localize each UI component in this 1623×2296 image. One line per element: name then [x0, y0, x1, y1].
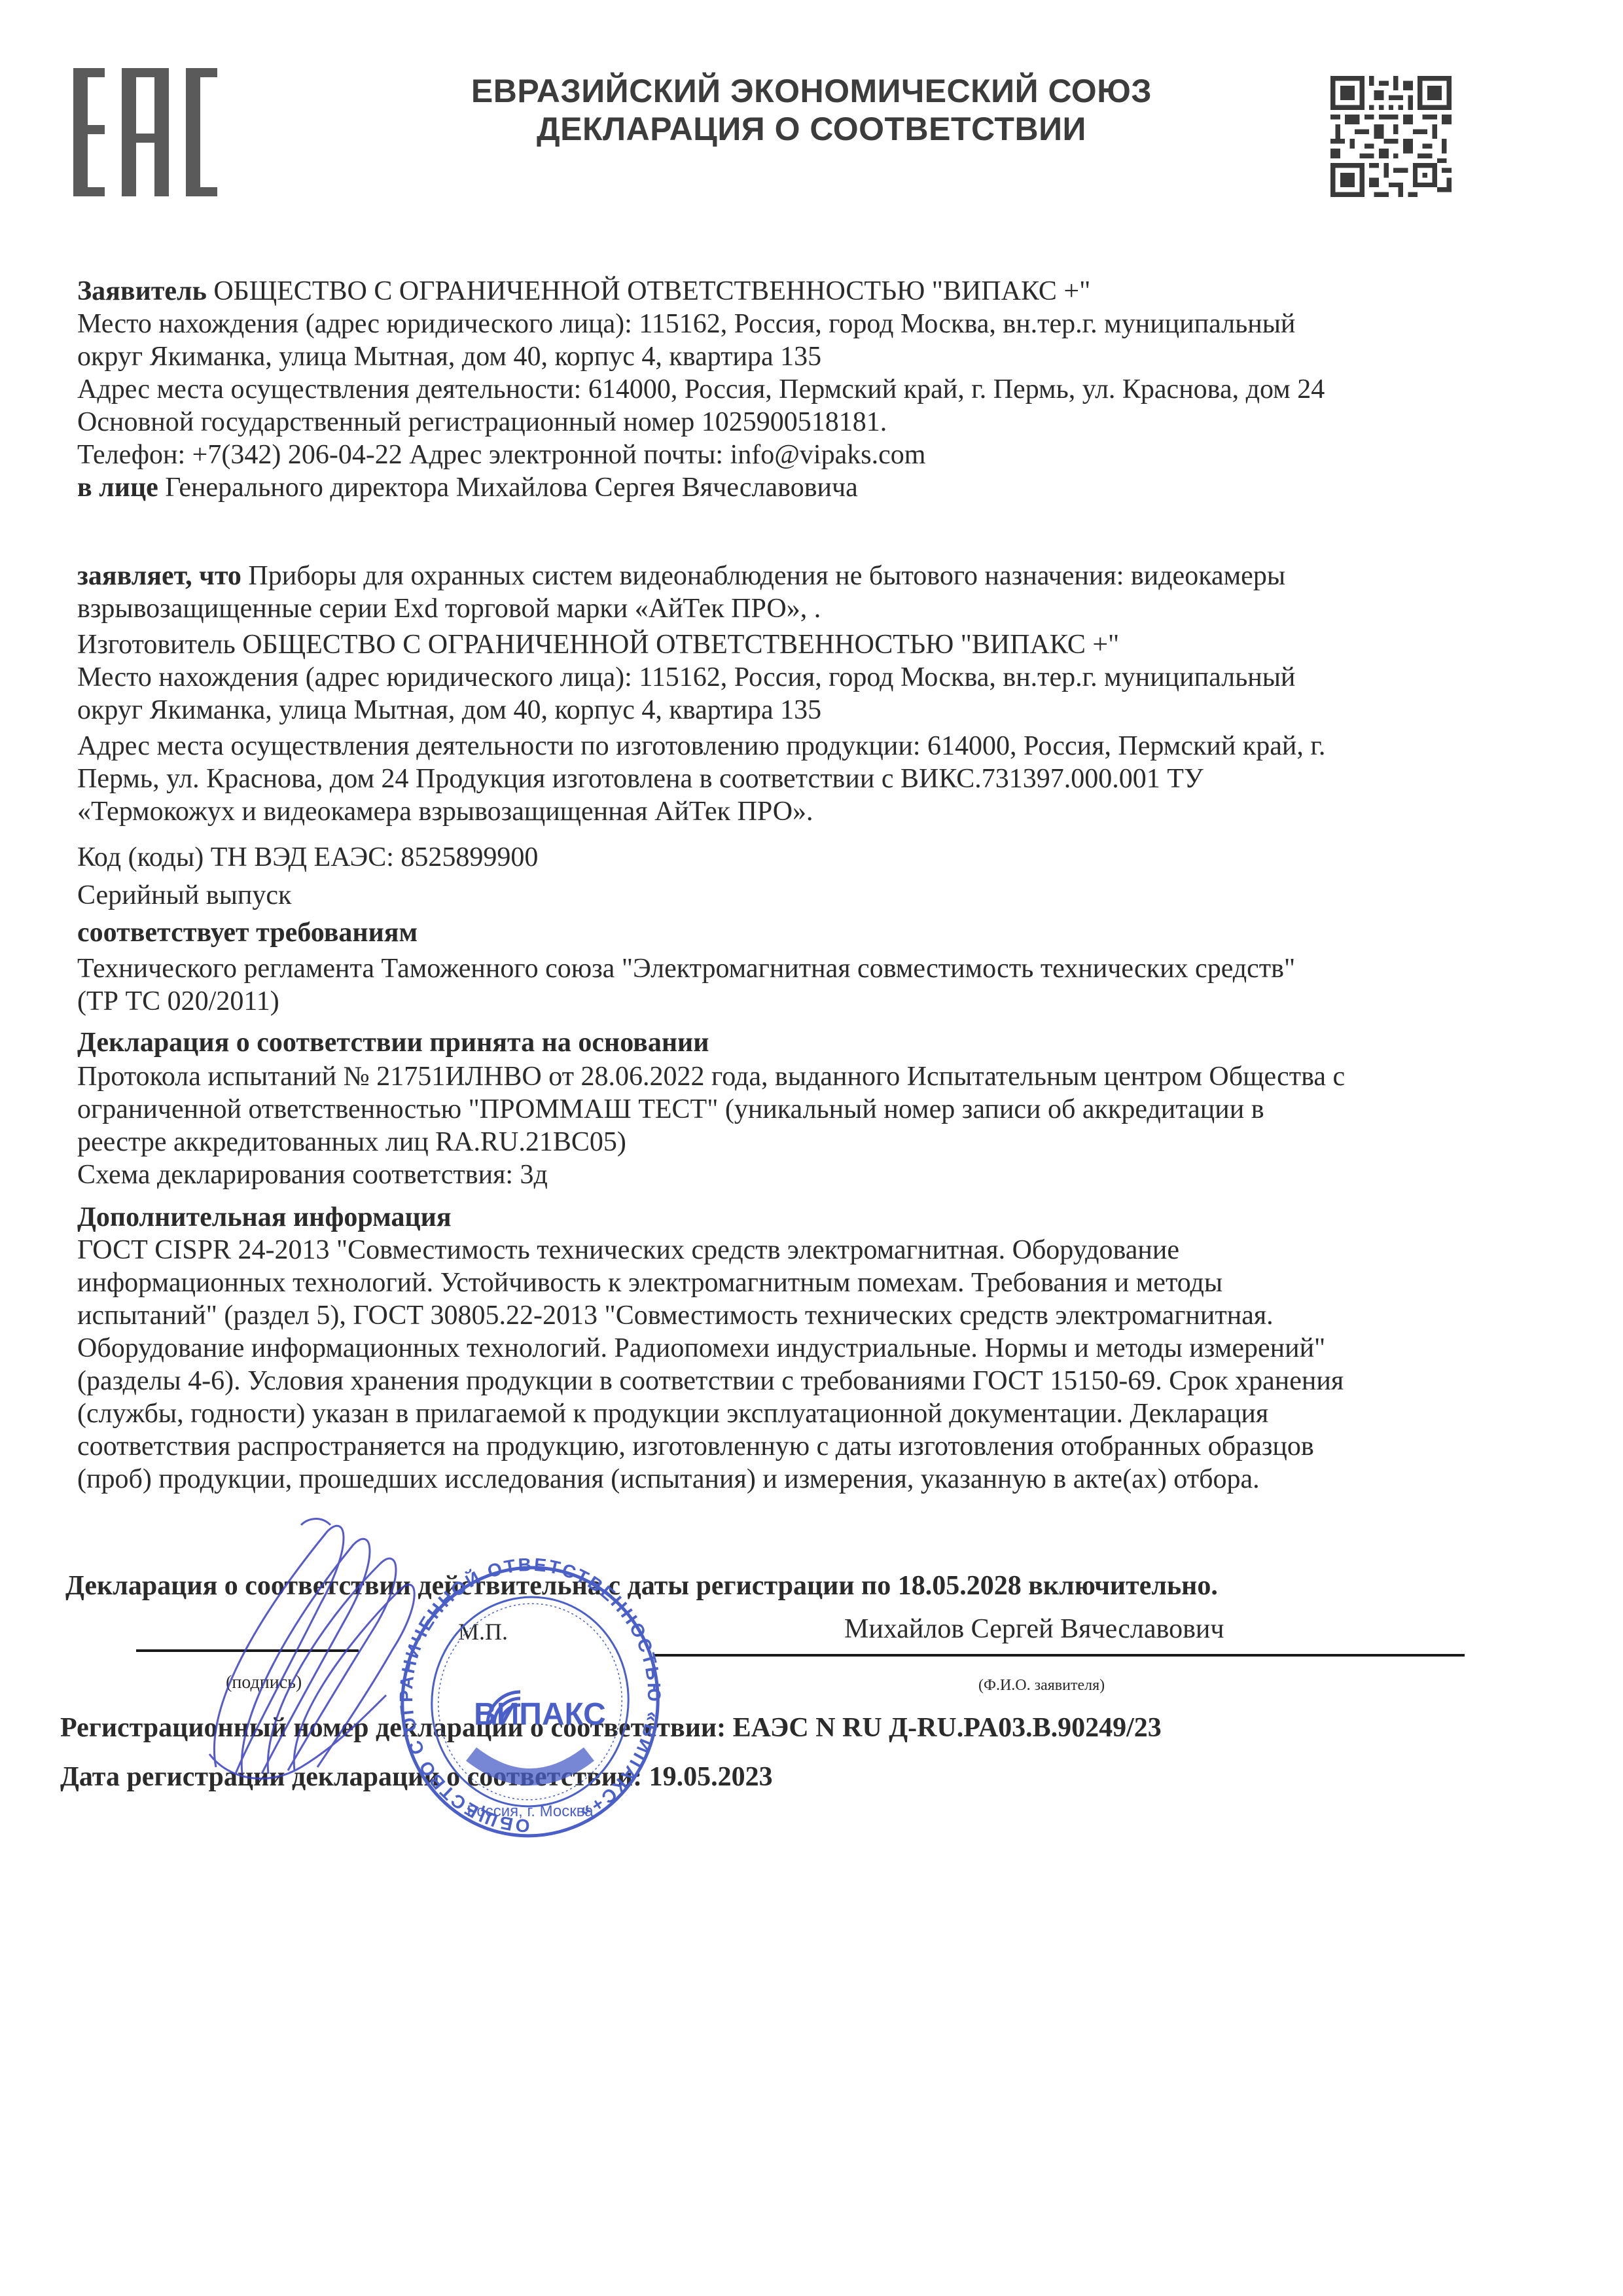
regulation-line-1: Технического регламента Таможенного союз…: [77, 952, 1295, 985]
additional-info-line: (службы, годности) указан в прилагаемой …: [77, 1397, 1268, 1430]
product-description-2: взрывозащищенные серии Exd торговой марк…: [77, 592, 821, 625]
applicant-ogrn: Основной государственный регистрационный…: [77, 406, 887, 439]
applicant-contacts: Телефон: +7(342) 206-04-22 Адрес электро…: [77, 439, 925, 471]
regulation-line-2: (ТР ТС 020/2011): [77, 985, 279, 1018]
applicant-line: Заявитель ОБЩЕСТВО С ОГРАНИЧЕННОЙ ОТВЕТС…: [77, 275, 1090, 308]
applicant-label: Заявитель: [77, 276, 207, 306]
declares-line: заявляет, что Приборы для охранных систе…: [77, 560, 1285, 592]
protocol-line-3: реестре аккредитованных лиц RA.RU.21ВС05…: [77, 1126, 626, 1158]
additional-info-line: испытаний" (раздел 5), ГОСТ 30805.22-201…: [77, 1299, 1274, 1332]
product-description-1: Приборы для охранных систем видеонаблюде…: [241, 561, 1285, 591]
represented-label: в лице: [77, 473, 158, 503]
production-address-2: Пермь, ул. Краснова, дом 24 Продукция из…: [77, 762, 1204, 795]
protocol-line-1: Протокола испытаний № 21751ИЛНВО от 28.0…: [77, 1060, 1345, 1093]
production-address-3: «Термокожух и видеокамера взрывозащищенн…: [77, 795, 813, 828]
declaration-scheme: Схема декларирования соответствия: 3д: [77, 1158, 548, 1191]
eac-logo-icon: [73, 68, 217, 196]
represented-by-line: в лице Генерального директора Михайлова …: [77, 471, 858, 504]
manufacturer: Изготовитель ОБЩЕСТВО С ОГРАНИЧЕННОЙ ОТВ…: [77, 628, 1119, 661]
applicant-name: ОБЩЕСТВО С ОГРАНИЧЕННОЙ ОТВЕТСТВЕННОСТЬЮ…: [207, 276, 1090, 306]
signer-name: Михайлов Сергей Вячеславович: [844, 1613, 1224, 1645]
additional-info-heading: Дополнительная информация: [77, 1201, 452, 1234]
qr-code-icon: [1330, 76, 1452, 197]
hs-code: Код (коды) ТН ВЭД ЕАЭС: 8525899900: [77, 841, 538, 874]
additional-info-line: Оборудование информационных технологий. …: [77, 1332, 1325, 1365]
release-type: Серийный выпуск: [77, 879, 291, 912]
compliance-heading: соответствует требованиям: [77, 916, 418, 949]
additional-info-line: соответствия распространяется на продукц…: [77, 1430, 1314, 1463]
applicant-activity-address: Адрес места осуществления деятельности: …: [77, 373, 1325, 406]
document-title: ДЕКЛАРАЦИЯ О СООТВЕТСТВИИ: [196, 110, 1427, 148]
additional-info-line: ГОСТ CISPR 24-2013 "Совместимость технич…: [77, 1234, 1179, 1266]
union-title: ЕВРАЗИЙСКИЙ ЭКОНОМИЧЕСКИЙ СОЮЗ: [196, 72, 1427, 110]
protocol-line-2: ограниченной ответственностью "ПРОММАШ Т…: [77, 1093, 1264, 1126]
stamp-center-text: ВИПАКС: [474, 1697, 606, 1732]
company-stamp-icon: ОБЩЕСТВО С ОГРАНИЧЕННОЙ ОТВЕТСТВЕННОСТЬЮ…: [393, 1558, 668, 1846]
manufacturer-address-2: округ Якиманка, улица Мытная, дом 40, ко…: [77, 694, 821, 726]
additional-info-line: информационных технологий. Устойчивость …: [77, 1266, 1222, 1299]
declares-label: заявляет, что: [77, 561, 241, 591]
registration-number: ЕАЭС N RU Д-RU.PA03.B.90249/23: [733, 1713, 1162, 1743]
stamp-bottom-text: Россия, г. Москва: [467, 1803, 594, 1820]
manufacturer-address-1: Место нахождения (адрес юридического лиц…: [77, 661, 1295, 694]
name-caption: (Ф.И.О. заявителя): [978, 1669, 1105, 1702]
name-rule: [654, 1654, 1465, 1657]
represented-by: Генерального директора Михайлова Сергея …: [158, 473, 858, 503]
additional-info-line: (проб) продукции, прошедших исследования…: [77, 1463, 1260, 1496]
applicant-legal-address-2: округ Якиманка, улица Мытная, дом 40, ко…: [77, 340, 821, 373]
production-address-1: Адрес места осуществления деятельности п…: [77, 730, 1325, 762]
applicant-legal-address-1: Место нахождения (адрес юридического лиц…: [77, 308, 1295, 340]
basis-heading: Декларация о соответствии принята на осн…: [77, 1026, 709, 1059]
additional-info-line: (разделы 4-6). Условия хранения продукци…: [77, 1365, 1344, 1397]
